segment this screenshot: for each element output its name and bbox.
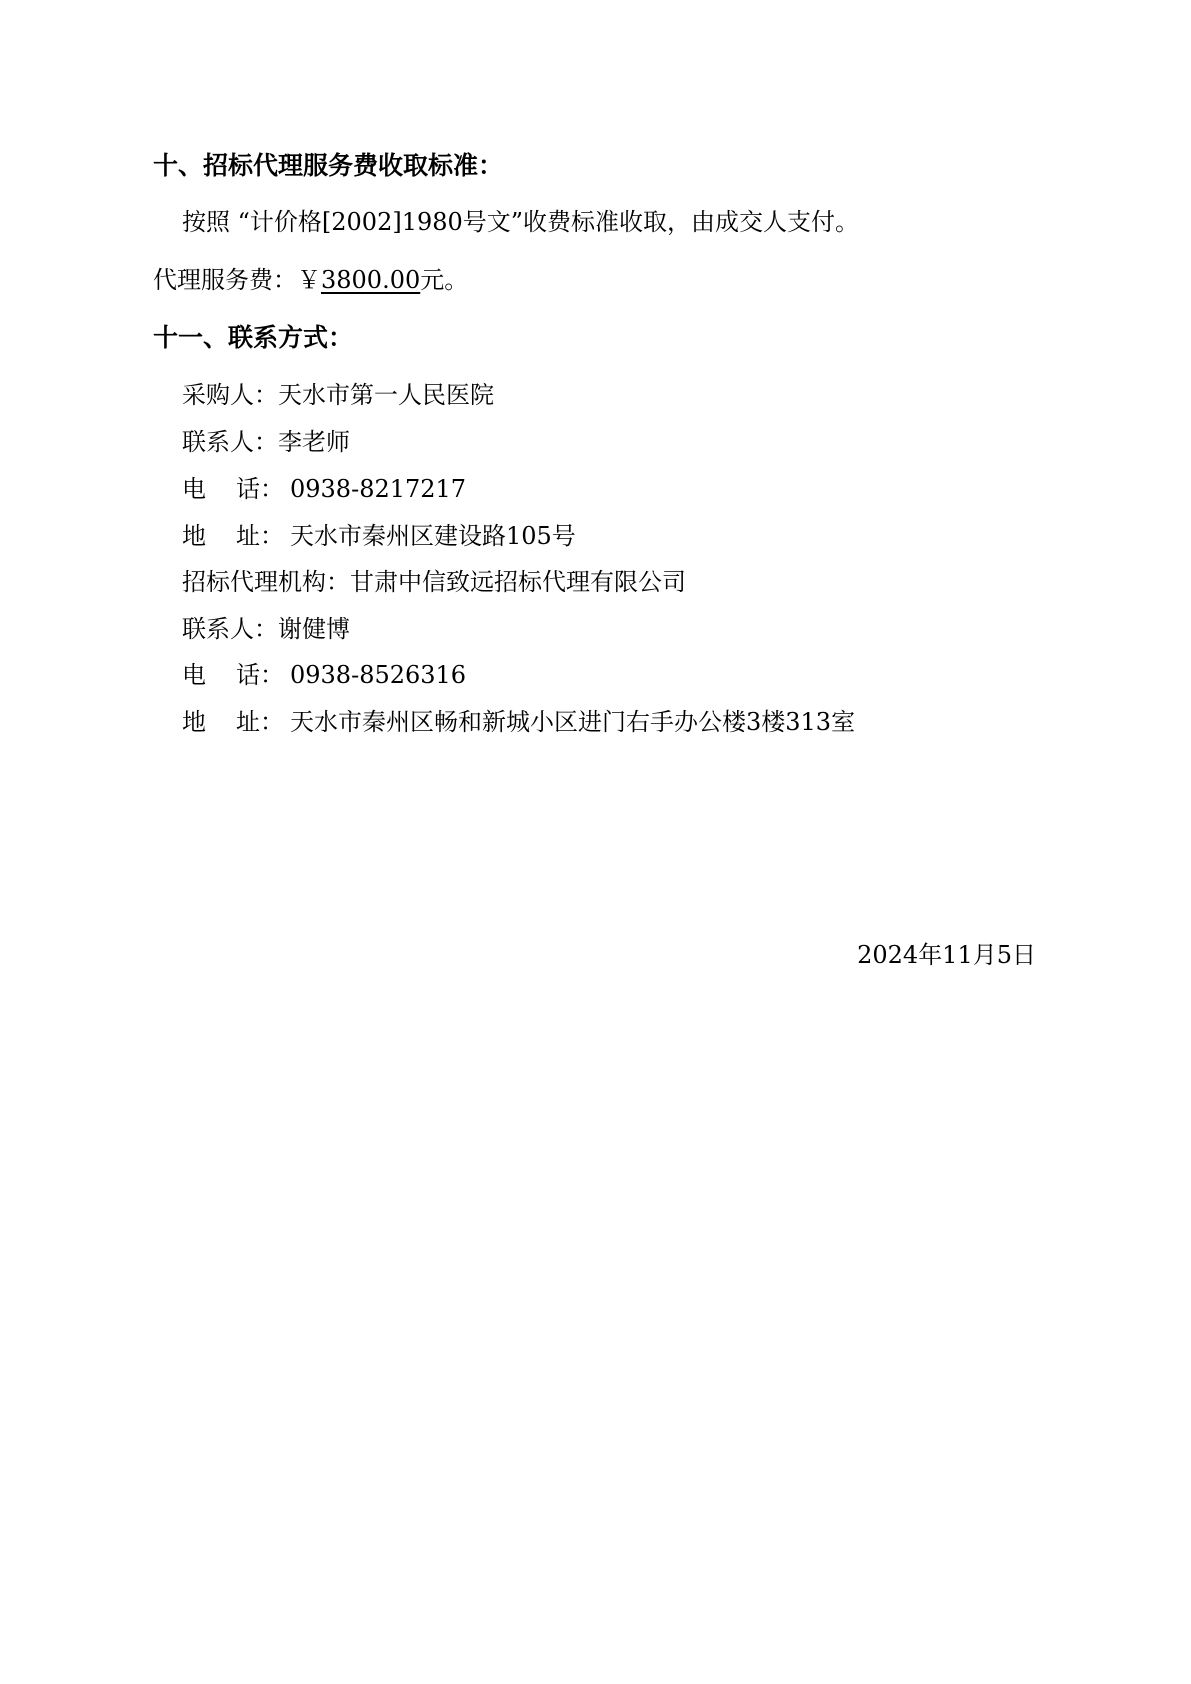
purchaser-contact-value: 李老师 [278,428,350,456]
purchaser-contact-line: 联系人：李老师 [182,426,350,458]
purchaser-phone-line: 电话：0938-8217217 [182,473,466,505]
purchaser-value: 天水市第一人民医院 [278,381,494,409]
purchaser-address-value: 天水市秦州区建设路105号 [290,522,576,550]
document-page: 十、招标代理服务费收取标准： 按照 “计价格[2002]1980号文”收费标准收… [0,0,1191,1684]
agency-phone-label: 电话： [182,659,290,691]
agency-address-label: 地址： [182,706,290,738]
agency-address-value: 天水市秦州区畅和新城小区进门右手办公楼3楼313室 [290,708,855,736]
agency-contact-line: 联系人：谢健博 [182,613,350,645]
purchaser-phone-value: 0938-8217217 [290,475,466,503]
purchaser-label: 采购人： [182,381,278,409]
purchaser-address-line: 地址：天水市秦州区建设路105号 [182,520,576,552]
section-11-heading: 十一、联系方式： [153,322,353,354]
agency-label: 招标代理机构： [182,568,350,596]
purchaser-line: 采购人：天水市第一人民医院 [182,379,494,411]
fee-unit: 元。 [420,266,468,294]
fee-amount: 3800.00 [321,266,420,294]
agency-phone-value: 0938-8526316 [290,661,466,689]
purchaser-address-label: 地址： [182,520,290,552]
agency-line: 招标代理机构：甘肃中信致远招标代理有限公司 [182,566,686,598]
fee-standard-paragraph: 按照 “计价格[2002]1980号文”收费标准收取，由成交人支付。 [182,206,859,238]
agency-address-line: 地址：天水市秦州区畅和新城小区进门右手办公楼3楼313室 [182,706,855,738]
purchaser-contact-label: 联系人： [182,428,278,456]
agency-contact-label: 联系人： [182,615,278,643]
agency-fee-line: 代理服务费：￥3800.00元。 [153,264,468,296]
agency-phone-line: 电话：0938-8526316 [182,659,466,691]
fee-label: 代理服务费： [153,266,297,294]
section-10-heading: 十、招标代理服务费收取标准： [153,150,503,182]
purchaser-phone-label: 电话： [182,473,290,505]
document-date: 2024年11月5日 [857,939,1036,971]
agency-value: 甘肃中信致远招标代理有限公司 [350,568,686,596]
agency-contact-value: 谢健博 [278,615,350,643]
fee-currency: ￥ [297,266,321,294]
